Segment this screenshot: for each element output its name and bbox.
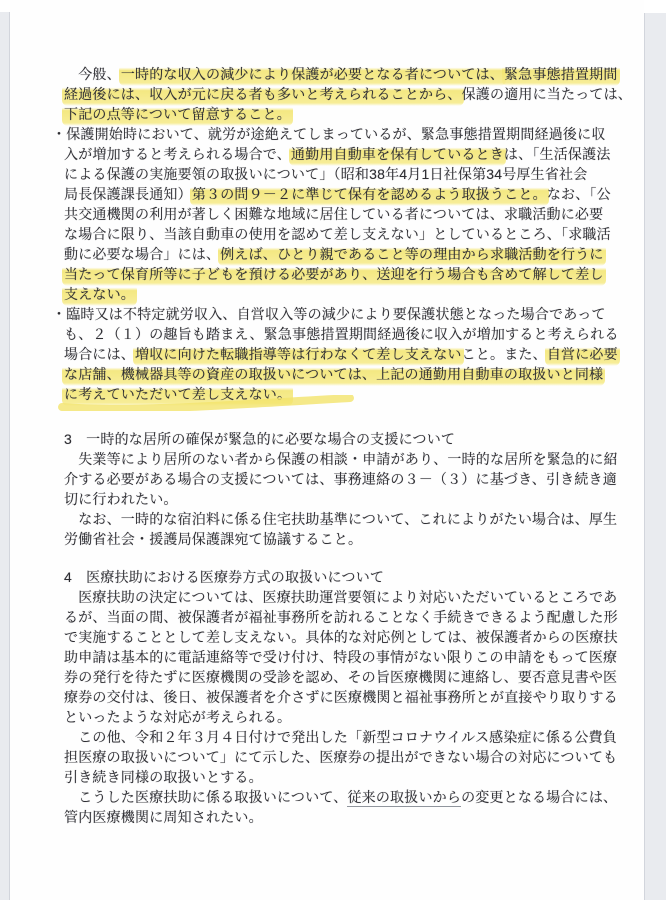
text-line: 下記の点等について留意すること。 [64, 104, 612, 124]
text-run: 引き続き同様の取扱いとする。 [64, 769, 263, 785]
text-run: 担医療の取扱いについて」にて示した、医療券の提出ができない場合の対応についても [64, 749, 617, 765]
text-line: 経過後には、収入が元に戻る者も多いと考えられることから、保護の適用に当たっては、 [64, 84, 612, 104]
text-line: 担医療の取扱いについて」にて示した、医療券の提出ができない場合の対応についても [64, 747, 612, 767]
text-run: の変更となる場合には、 [461, 789, 617, 805]
text-run: 管内医療機関に周知されたい。 [64, 809, 263, 825]
text-line: 医療扶助の決定については、医療扶助運営要領により対応いただいているところであ [64, 587, 612, 607]
highlight-marker: 自営に必要 [545, 344, 620, 366]
text-line: ・保護開始時において、就労が途絶えてしまっているが、緊急事態措置期間経過後に収 [52, 124, 612, 144]
text-run: るが、当面の間、被保護者が福祉事務所を訪れることなく手続きできるよう配慮した形 [64, 609, 618, 625]
highlight-marker: 支えない。 [62, 284, 137, 306]
text-run: 共交通機関の利用が著しく困難な地域に居住している者については、求職活動に必要 [64, 206, 603, 222]
text-run: 場合には、 [64, 346, 135, 362]
highlight-marker: 経過後には、収入が元に戻る者も多いと考えられることから、 [62, 84, 464, 106]
text-run: 切に行われたい。 [64, 491, 178, 507]
text-line: るが、当面の間、被保護者が福祉事務所を訪れることなく手続きできるよう配慮した形 [64, 607, 612, 627]
document-content: 今般、一時的な収入の減少により保護が必要となる者については、緊急事態措置期間経過… [64, 64, 612, 827]
text-run: 失業等により居所のない者から保護の相談・申請があり、一時的な居所を緊急的に紹 [64, 451, 618, 467]
text-run: 介する必要がある場合の支援については、事務連絡の３－（３）に基づき、引き続き適 [64, 471, 617, 487]
text-line: といったような対応が考えられる。 [64, 707, 612, 727]
text-run: こうした医療扶助に係る取扱いについて、 [64, 789, 347, 805]
text-run: も、２（１）の趣旨も踏まえ、緊急事態措置期間経過後に収入が増加すると考えられる [64, 326, 619, 342]
text-run: 局長保護課長通知） [64, 186, 192, 202]
text-line: 管内医療機関に周知されたい。 [64, 807, 612, 827]
section-4-medical-assistance: 4 医療扶助における医療券方式の取扱いについて 医療扶助の決定については、医療扶… [64, 567, 612, 827]
highlight-marker: 当たって保育所等に子どもを預ける必要があり、送迎を行う場合も含めて解して差し [62, 264, 606, 286]
text-line: 局長保護課長通知）第３の問９－２に準じて保有を認めるよう取扱うこと。なお、「公 [64, 184, 612, 204]
text-line: 支えない。 [64, 284, 612, 304]
text-line: 当たって保育所等に子どもを預ける必要があり、送迎を行う場合も含めて解して差し [64, 264, 612, 284]
highlight-marker: 緊急事態措置期間 [502, 64, 620, 86]
text-run: 保護の適用に当たっては、 [462, 86, 632, 102]
text-line: 助申請は基本的に電話連絡等で受け付け、特段の事情がない限りこの申請をもって医療 [64, 647, 612, 667]
text-line: 失業等により居所のない者から保護の相談・申請があり、一時的な居所を緊急的に紹 [64, 449, 612, 469]
text-run: 券の発行を待たずに医療機関の受診を認め、その旨医療機関に連絡し、要否意見書や医 [64, 669, 617, 685]
text-line: な店舗、機械器具等の資産の取扱いについては、上記の通勤用自動車の取扱いと同様 [64, 364, 612, 384]
text-run: こと。また、 [462, 346, 547, 362]
text-line: も、２（１）の趣旨も踏まえ、緊急事態措置期間経過後に収入が増加すると考えられる [64, 324, 612, 344]
bullet-self-employment: ・臨時又は不特定就労収入、自営収入等の減少により要保護状態となった場合であっても… [64, 304, 612, 411]
scan-edge-left [0, 12, 10, 900]
highlight-marker: 通勤用自動車を保有しているとき [289, 144, 506, 166]
text-run: 医療扶助の決定については、医療扶助運営要領により対応いただいているところであ [64, 589, 617, 605]
text-run: 今般、 [64, 66, 121, 82]
text-line: 券の発行を待たずに医療機関の受診を認め、その旨医療機関に連絡し、要否意見書や医 [64, 667, 612, 687]
text-run: による保護の実施要領の取扱いについて」（昭和38年4月1日社保第34号厚生省社会 [64, 166, 587, 182]
intro-paragraph: 今般、一時的な収入の減少により保護が必要となる者については、緊急事態措置期間経過… [64, 64, 612, 124]
text-line: この他、令和２年３月４日付けで発出した「新型コロナウイルス感染症に係る公費負 [64, 727, 612, 747]
text-line: 切に行われたい。 [64, 489, 612, 509]
highlight-marker: 下記の点等について留意すること。 [62, 104, 293, 126]
text-run: といったような対応が考えられる。 [64, 709, 291, 725]
highlight-marker: 第３の問９－２に準じて保有を認めるよう取扱うこと。 [190, 184, 549, 206]
text-run: ・臨時又は不特定就労収入、自営収入等の減少により要保護状態となった場合であって [52, 306, 606, 322]
highlight-marker: 増収に向けた転職指導等は行わなくて差し支えない [133, 344, 464, 366]
text-line: 場合には、増収に向けた転職指導等は行わなくて差し支えないこと。また、自営に必要 [64, 344, 612, 364]
text-line: な場合に限り、当該自動車の使用を認めて差し支えない」としているところ、「求職活 [64, 224, 612, 244]
highlight-marker: な店舗、機械器具等の資産の取扱いについては、上記の通勤用自動車の取扱いと同様 [62, 364, 605, 386]
text-line: ・臨時又は不特定就労収入、自営収入等の減少により要保護状態となった場合であって [52, 304, 612, 324]
text-line: による保護の実施要領の取扱いについて」（昭和38年4月1日社保第34号厚生省社会 [64, 164, 612, 184]
text-run: 入が増加すると考えられる場合で、 [64, 146, 291, 162]
text-run: 労働省社会・援護局保護課宛て協議すること。 [64, 531, 362, 547]
text-line: 介する必要がある場合の支援については、事務連絡の３－（３）に基づき、引き続き適 [64, 469, 612, 489]
bullet-commute-car: ・保護開始時において、就労が途絶えてしまっているが、緊急事態措置期間経過後に収入… [64, 124, 612, 304]
text-run: 動に必要な場合」には、 [64, 246, 220, 262]
text-line: 動に必要な場合」には、例えば、ひとり親であること等の理由から求職活動を行うに [64, 244, 612, 264]
text-line: 4 医療扶助における医療券方式の取扱いについて [64, 567, 612, 587]
text-run: な場合に限り、当該自動車の使用を認めて差し支えない」としているところ、「求職活 [64, 226, 611, 242]
text-line: 今般、一時的な収入の減少により保護が必要となる者については、緊急事態措置期間 [64, 64, 612, 84]
text-line: で実施することとして差し支えない。具体的な対応例としては、被保護者からの医療扶 [64, 627, 612, 647]
text-run: 療券の交付は、後日、被保護者を介さずに医療機関と福祉事務所とが直接やり取りする [64, 689, 618, 705]
text-line: 入が増加すると考えられる場合で、通勤用自動車を保有しているときは、「生活保護法 [64, 144, 612, 164]
text-run: 助申請は基本的に電話連絡等で受け付け、特段の事情がない限りこの申請をもって医療 [64, 649, 617, 665]
text-line: こうした医療扶助に係る取扱いについて、従来の取扱いからの変更となる場合には、 [64, 787, 612, 807]
text-run: この他、令和２年３月４日付けで発出した「新型コロナウイルス感染症に係る公費負 [64, 729, 617, 745]
text-line: なお、一時的な宿泊料に係る住宅扶助基準について、これによりがたい場合は、厚生 [64, 509, 612, 529]
pencil-underline: 従来の取扱いから [347, 789, 461, 807]
text-line: 労働省社会・援護局保護課宛て協議すること。 [64, 529, 612, 549]
text-run: 3 一時的な居所の確保が緊急的に必要な場合の支援について [64, 431, 455, 447]
scan-edge-right [644, 13, 666, 900]
section-3-temporary-housing: 3 一時的な居所の確保が緊急的に必要な場合の支援について 失業等により居所のない… [64, 429, 612, 549]
text-line: 引き続き同様の取扱いとする。 [64, 767, 612, 787]
text-line: 共交通機関の利用が著しく困難な地域に居住している者については、求職活動に必要 [64, 204, 612, 224]
highlight-marker: 例えば、ひとり親であること等の理由から求職活動を行うに [218, 244, 605, 266]
highlight-marker: 一時的な収入の減少により保護が必要となる者については、 [119, 64, 506, 86]
text-run: なお、一時的な宿泊料に係る住宅扶助基準について、これによりがたい場合は、厚生 [64, 511, 617, 527]
text-run: で実施することとして差し支えない。具体的な対応例としては、被保護者からの医療扶 [64, 629, 618, 645]
text-run: なお、「公 [547, 186, 611, 202]
text-line: 療券の交付は、後日、被保護者を介さずに医療機関と福祉事務所とが直接やり取りする [64, 687, 612, 707]
text-line: 3 一時的な居所の確保が緊急的に必要な場合の支援について [64, 429, 612, 449]
text-run: 4 医療扶助における医療券方式の取扱いについて [64, 569, 384, 585]
text-run: ・保護開始時において、就労が途絶えてしまっているが、緊急事態措置期間経過後に収 [52, 126, 606, 142]
text-run: は、「生活保護法 [504, 146, 611, 162]
